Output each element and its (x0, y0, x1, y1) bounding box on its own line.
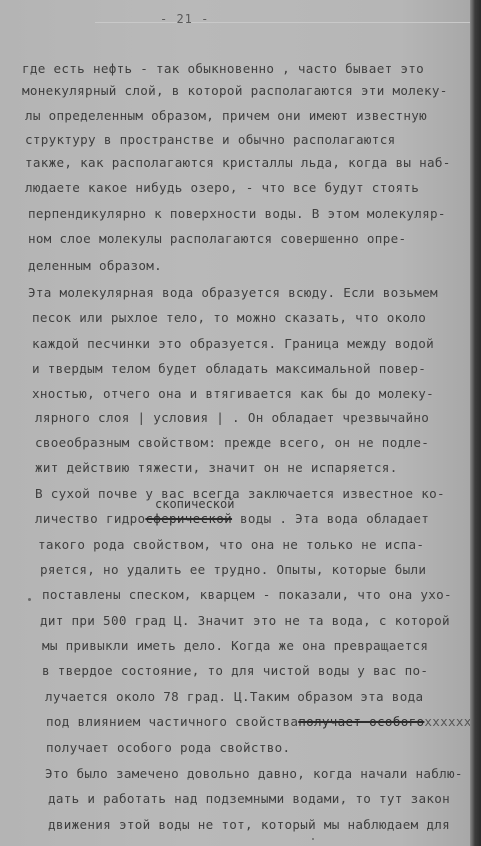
text-line: мы привыкли иметь дело. Когда же она пре… (42, 638, 428, 654)
text-line: хностью, отчего она и втягивается как бы… (32, 386, 434, 402)
struck-word: сферической (145, 511, 232, 526)
text-line: дать и работать над подземными водами, т… (48, 791, 450, 807)
text-line-corrected: личество гидросферической воды . Эта вод… (35, 511, 429, 527)
text-line: перпендикулярно к поверхности воды. В эт… (28, 206, 446, 222)
text-line: движения этой воды не тот, который мы на… (48, 817, 450, 833)
text-line: где есть нефть - так обыкновенно , часто… (22, 61, 424, 77)
scan-border-edge (470, 0, 481, 846)
document-page: - 21 - где есть нефть - так обыкновенно … (0, 0, 470, 846)
scan-speck (312, 838, 314, 840)
text-line: каждой песчинки это образуется. Граница … (32, 336, 434, 352)
struck-phrase: получает особого (298, 714, 424, 729)
text-line: и твердым телом будет обладать максималь… (32, 361, 426, 377)
text-line: такого рода свойством, что она не только… (38, 537, 424, 553)
page-number: - 21 - (160, 12, 209, 26)
text-line: жит действию тяжести, значит он не испар… (35, 460, 398, 476)
text-line: своеобразным свойством: прежде всего, он… (35, 435, 429, 451)
text-line: людаете какое нибудь озеро, - что все бу… (25, 180, 419, 196)
text-line: деленным образом. (28, 258, 162, 274)
text-line-overtyped: под влиянием частичного свойстваполучает… (46, 714, 481, 730)
text-line: ном слое молекулы располагаются совершен… (28, 231, 406, 247)
text-line: ряется, но удалить ее трудно. Опыты, кот… (40, 562, 426, 578)
text-line: лучается около 78 град. Ц.Таким образом … (45, 689, 423, 705)
text-line: также, как располагаются кристаллы льда,… (25, 155, 451, 171)
text-line: Эта молекулярная вода образуется всюду. … (28, 285, 438, 301)
inserted-correction: скопической (155, 497, 234, 511)
text-line: монекулярный слой, в которой располагают… (22, 83, 448, 99)
text-line: В сухой почве у вас всегда заключается и… (35, 486, 445, 502)
text-line: лы определенным образом, причем они имею… (25, 108, 427, 124)
text-segment: личество гидро (35, 511, 145, 526)
text-line: в твердое состояние, то для чистой воды … (42, 663, 428, 679)
text-line: Это было замечено довольно давно, когда … (45, 766, 463, 782)
text-line: песок или рыхлое тело, то можно сказать,… (32, 310, 426, 326)
scan-speck (28, 598, 31, 601)
text-line: получает особого рода свойство. (46, 740, 290, 756)
text-segment: под влиянием частичного свойства (46, 714, 298, 729)
text-segment: воды . Эта вода обладает (240, 511, 429, 526)
top-fold-line (95, 22, 475, 23)
text-line: поставлены спеском, кварцем - показали, … (42, 587, 452, 603)
text-line: структуру в пространстве и обычно распол… (25, 132, 395, 148)
text-line: дит при 500 град Ц. Значит это не та вод… (40, 613, 450, 629)
text-line: лярного слоя | условия | . Он обладает ч… (35, 410, 429, 426)
